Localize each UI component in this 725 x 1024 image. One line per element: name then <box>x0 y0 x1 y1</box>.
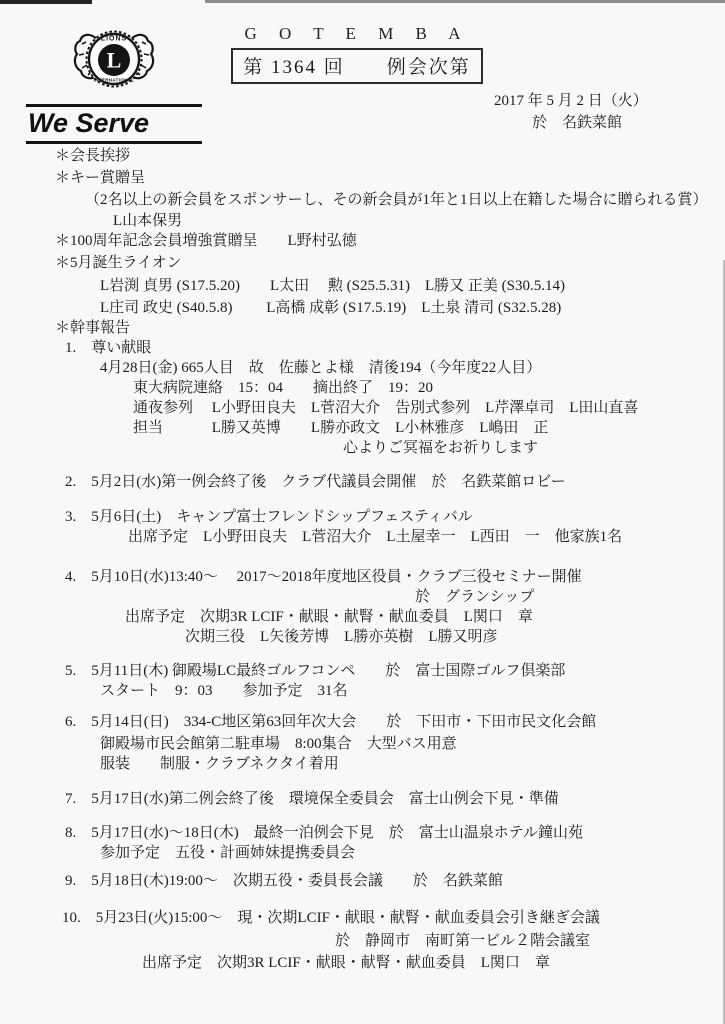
svg-text:L: L <box>107 48 122 73</box>
agenda-line: L庄司 政史 (S40.5.8) L高橋 成彰 (S17.5.19) L土泉 清… <box>0 298 725 318</box>
agenda-line: 通夜参列 L小野田良夫 L菅沼大介 告別式参列 L芹澤卓司 L田山直喜 <box>0 398 725 418</box>
we-serve-motto: We Serve <box>24 108 204 139</box>
agenda-lines: ＊会長挨拶＊キー賞贈呈（2名以上の新会員をスポンサーし、その新会員が1年と1日以… <box>0 146 725 973</box>
agenda-line: 3. 5月6日(土) キャンプ富士フレンドシップフェスティバル <box>0 507 725 527</box>
motto-rule-top <box>26 104 202 107</box>
svg-text:INTERNATIONAL: INTERNATIONAL <box>94 78 135 83</box>
agenda-line: ＊5月誕生ライオン <box>0 253 725 273</box>
agenda-line: 於 静岡市 南町第一ビル２階会議室 <box>0 931 725 951</box>
agenda-line: ＊幹事報告 <box>0 318 725 338</box>
agenda-line: 心よりご冥福をお祈りします <box>0 438 725 458</box>
meeting-venue: 於 名鉄菜館 <box>494 112 694 134</box>
scan-artifact-top-line <box>205 0 725 3</box>
agenda-line: 7. 5月17日(水)第二例会終了後 環境保全委員会 富士山例会下見・準備 <box>0 789 725 809</box>
lions-club-emblem-icon: LIONS L INTERNATIONAL <box>73 22 155 102</box>
agenda-line: 8. 5月17日(水)〜18日(木) 最終一泊例会下見 於 富士山温泉ホテル鐘山… <box>0 823 725 843</box>
agenda-line: 出席予定 L小野田良夫 L菅沼大介 L土屋幸一 L西田 一 他家族1名 <box>0 527 725 547</box>
agenda-line: 出席予定 次期3R LCIF・献眼・献腎・献血委員 L関口 章 <box>0 607 725 627</box>
agenda-line: 担当 L勝又英博 L勝亦政文 L小林雅彦 L嶋田 正 <box>0 418 725 438</box>
agenda-line: 1. 尊い献眼 <box>0 338 725 358</box>
meeting-title-box: 第 1364 回 例会次第 <box>231 48 483 84</box>
club-name: G O T E M B A <box>228 24 486 44</box>
agenda-line: 出席予定 次期3R LCIF・献眼・献腎・献血委員 L関口 章 <box>0 953 725 973</box>
agenda-line: 6. 5月14日(日) 334-C地区第63回年次大会 於 下田市・下田市民文化… <box>0 712 725 732</box>
agenda-line: 東大病院連絡 15：04 摘出終了 19：20 <box>0 378 725 398</box>
agenda-line: ＊100周年記念会員増強賞贈呈 L野村弘徳 <box>0 231 725 251</box>
agenda-line: ＊キー賞贈呈 <box>0 168 725 188</box>
agenda-line: 次期三役 L矢後芳博 L勝亦英樹 L勝又明彦 <box>0 627 725 647</box>
header-title-block: G O T E M B A 第 1364 回 例会次第 <box>228 24 486 84</box>
agenda-line: 2. 5月2日(水)第一例会終了後 クラブ代議員会開催 於 名鉄菜館ロビー <box>0 472 725 492</box>
lions-logo-block: LIONS L INTERNATIONAL We Serve <box>24 22 204 145</box>
date-block: 2017 年 5 月 2 日（火） 於 名鉄菜館 <box>494 90 694 134</box>
agenda-line: スタート 9：03 参加予定 31名 <box>0 681 725 701</box>
scan-artifact-top-left <box>0 0 92 4</box>
agenda-line: 御殿場市民会館第二駐車場 8:00集合 大型バス用意 <box>0 734 725 754</box>
agenda-line: 9. 5月18日(木)19:00〜 次期五役・委員長会議 於 名鉄菜館 <box>0 871 725 891</box>
agenda-line: 10. 5月23日(火)15:00〜 現・次期LCIF・献眼・献腎・献血委員会引… <box>0 908 725 928</box>
agenda-line: ＊会長挨拶 <box>0 146 725 166</box>
agenda-line: 4. 5月10日(水)13:40〜 2017〜2018年度地区役員・クラブ三役セ… <box>0 567 725 587</box>
agenda-line: 服装 制服・クラブネクタイ着用 <box>0 754 725 774</box>
agenda-line: L岩渕 貞男 (S17.5.20) L太田 勲 (S25.5.31) L勝又 正… <box>0 276 725 296</box>
meeting-date: 2017 年 5 月 2 日（火） <box>494 90 694 112</box>
agenda-line: （2名以上の新会員をスポンサーし、その新会員が1年と1日以上在籍した場合に贈られ… <box>0 190 725 210</box>
agenda-line: 4月28日(金) 665人目 故 佐藤とよ様 清後194（今年度22人目） <box>0 358 725 378</box>
motto-rule-bottom <box>26 141 202 144</box>
agenda-line: L山本保男 <box>0 211 725 231</box>
agenda-line: 参加予定 五役・計画姉妹提携委員会 <box>0 843 725 863</box>
agenda-line: 於 グランシップ <box>0 587 725 607</box>
document-page: LIONS L INTERNATIONAL We Serve G O T E M… <box>0 0 725 1024</box>
agenda-line: 5. 5月11日(木) 御殿場LC最終ゴルフコンペ 於 富士国際ゴルフ倶楽部 <box>0 661 725 681</box>
svg-text:LIONS: LIONS <box>101 36 127 43</box>
